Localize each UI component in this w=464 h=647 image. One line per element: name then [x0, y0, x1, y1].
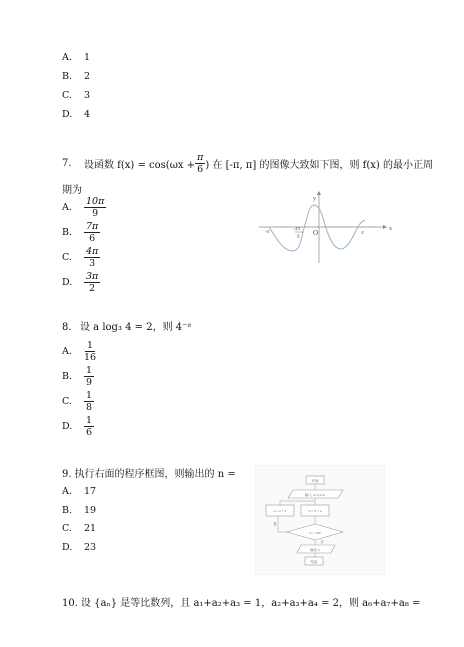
q10-stem: 10.设 {aₙ} 是等比数列，且 a₁+a₂+a₃ = 1，a₂+a₃+a₄ …: [62, 594, 420, 609]
x-axis-arrow-icon: [383, 225, 387, 229]
q7-option-d: D.3π2: [62, 271, 100, 294]
q9-option-d: D.23: [62, 542, 96, 553]
svg-text:否: 否: [320, 539, 324, 544]
q9-option-a: A.17: [62, 486, 96, 497]
cosine-curve: [269, 205, 365, 251]
svg-text:4π: 4π: [295, 227, 301, 232]
q9-stem: 9.执行右面的程序框图，则输出的 n =: [62, 465, 236, 480]
q6-option-d: D.4: [62, 109, 90, 120]
q7-stem-line2: 期为: [62, 181, 82, 196]
svg-text:是: 是: [273, 521, 277, 526]
q8-option-c: C.18: [62, 390, 94, 413]
q6-option-b: B.2: [62, 71, 90, 82]
y-axis-arrow-icon: [317, 191, 321, 195]
svg-text:S = S + n: S = S + n: [308, 509, 321, 513]
x-axis-label: x: [389, 226, 392, 232]
q7-option-c: C.4π3: [62, 246, 100, 269]
svg-text:n = n + 2: n = n + 2: [274, 509, 287, 513]
q7-stem-fraction: π6: [195, 152, 205, 175]
neg-pi-label: -π: [265, 229, 270, 235]
origin-label: O: [313, 229, 318, 237]
y-axis-label: y: [313, 196, 316, 202]
q8-stem: 8.设 a log₃ 4 = 2，则 4⁻ᵃ: [62, 318, 191, 333]
q7-option-a: A.10π9: [62, 196, 106, 219]
q8-option-a: A.116: [62, 340, 96, 363]
svg-text:S < 100: S < 100: [310, 531, 321, 535]
q6-option-c: C.3: [62, 90, 90, 101]
svg-text:输出 n: 输出 n: [310, 547, 320, 552]
q9-option-b: B.19: [62, 505, 96, 516]
svg-text:开始: 开始: [312, 478, 320, 483]
q7-cosine-graph: x y O -π π - 4π 9: [255, 185, 395, 270]
q7-option-b: B.7π6: [62, 221, 100, 244]
q8-option-b: B.19: [62, 365, 94, 388]
q8-option-d: D.16: [62, 415, 94, 438]
svg-text:结束: 结束: [311, 559, 319, 564]
svg-text:9: 9: [297, 235, 300, 240]
q9-flowchart: 开始 输入 n=1,S=0 n = n + 2 S = S + n S < 10…: [255, 465, 385, 575]
pi-label: π: [361, 230, 364, 236]
q9-option-c: C.21: [62, 523, 96, 534]
q6-option-a: A.1: [62, 52, 90, 63]
q7-stem: 7. 设函数 f(x) = cos(ωx + π6 ) 在 [-π, π] 的图…: [62, 152, 433, 175]
